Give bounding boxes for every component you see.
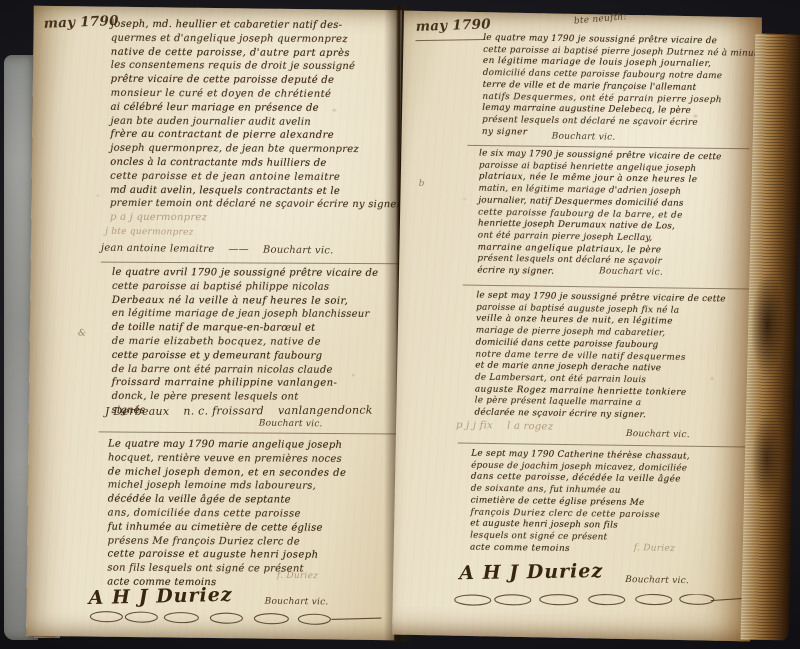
baptism-entry-dutrnez: le quatre may 1790 je soussigné prêtre v… xyxy=(482,33,761,142)
register-book-photo: may 1790 & joseph, md. heullier et cabar… xyxy=(0,0,800,649)
duriez-signature: A H J Duriez xyxy=(459,560,603,584)
flourish-loops xyxy=(449,590,749,614)
entry-lines: Le quatre may 1790 marie angelique josep… xyxy=(107,438,346,591)
entry-lines: le quatre avril 1790 je soussigné prêtre… xyxy=(112,266,379,419)
faint-signature: p a j quermonprez xyxy=(110,211,402,226)
left-page: may 1790 & joseph, md. heullier et cabar… xyxy=(26,6,402,640)
faint-signature: j bte quermonprez xyxy=(105,227,194,238)
witness-inline-signature: f. Duriez xyxy=(634,543,675,554)
header-underline xyxy=(415,39,485,41)
vicar-signature: Bouchart vic. xyxy=(259,419,323,430)
entry-lines: le sept may 1790 je soussigné prêtre vic… xyxy=(474,290,725,423)
flourish-loops xyxy=(86,608,386,628)
left-margin-mark: & xyxy=(78,328,86,338)
vicar-signature: Bouchart vic. xyxy=(626,429,690,440)
left-margin-date-header: may 1790 xyxy=(43,13,119,32)
witness-inline-signature: f. Duriez xyxy=(277,571,318,582)
entry-lines: le quatre may 1790 je soussigné prêtre v… xyxy=(482,33,761,142)
baptism-entry-derbeaux: le quatre avril 1790 je soussigné prêtre… xyxy=(112,266,379,419)
entry-lines: le six may 1790 je soussigné prêtre vica… xyxy=(477,149,722,282)
entry-lines: joseph, md. heullier et cabaretier natif… xyxy=(110,18,403,213)
entry-signatures: J Derbeaux n. c. froissard vanlangendonc… xyxy=(105,404,373,418)
right-margin-mark: b xyxy=(419,179,425,189)
top-margin-note: bte neufth: xyxy=(574,12,628,26)
burial-entry-hocquet: Le quatre may 1790 marie angelique josep… xyxy=(107,438,346,591)
marriage-entry-quermonprez: joseph, md. heullier et cabaretier natif… xyxy=(110,18,403,226)
entry-separator-rule xyxy=(463,285,749,290)
vicar-signature: Bouchart vic. xyxy=(599,266,663,277)
baptism-entry-fix: le sept may 1790 je soussigné prêtre vic… xyxy=(474,290,725,423)
godfather-signature: l a rogez xyxy=(507,421,553,433)
entry-separator-rule xyxy=(99,431,401,434)
vicar-signature: Bouchart vic. xyxy=(265,597,329,608)
duriez-signature: A H J Duriez xyxy=(88,584,232,609)
right-page: may 1790 bte neufth: b le quatre may 179… xyxy=(392,11,762,642)
entry-lines: Le sept may 1790 Catherine thérèse chass… xyxy=(470,449,690,557)
right-margin-date-header: may 1790 xyxy=(416,16,492,34)
vicar-signature: Bouchart vic. xyxy=(263,245,334,257)
godfather-signature: n. c. froissard xyxy=(183,404,264,417)
entry-separator-rule xyxy=(458,442,746,447)
burial-entry-chassaut: Le sept may 1790 Catherine thérèse chass… xyxy=(470,449,690,557)
vicar-signature: Bouchart vic. xyxy=(552,131,616,142)
father-signature: p j j fix xyxy=(456,420,493,432)
dash-flourish: —— xyxy=(228,244,249,255)
witness-signature-line: jean antoine lemaitre —— Bouchart vic. xyxy=(101,243,391,258)
witness-name: jean antoine lemaitre xyxy=(101,243,215,255)
entry-signatures: p j j fix l a rogez xyxy=(456,420,553,433)
baptism-entry-platriaux: le six may 1790 je soussigné prêtre vica… xyxy=(477,149,722,282)
vicar-signature: Bouchart vic. xyxy=(625,575,689,586)
entry-separator-rule xyxy=(101,262,401,265)
godmother-signature: vanlangendonck xyxy=(278,404,373,417)
father-signature: J Derbeaux xyxy=(105,405,169,418)
